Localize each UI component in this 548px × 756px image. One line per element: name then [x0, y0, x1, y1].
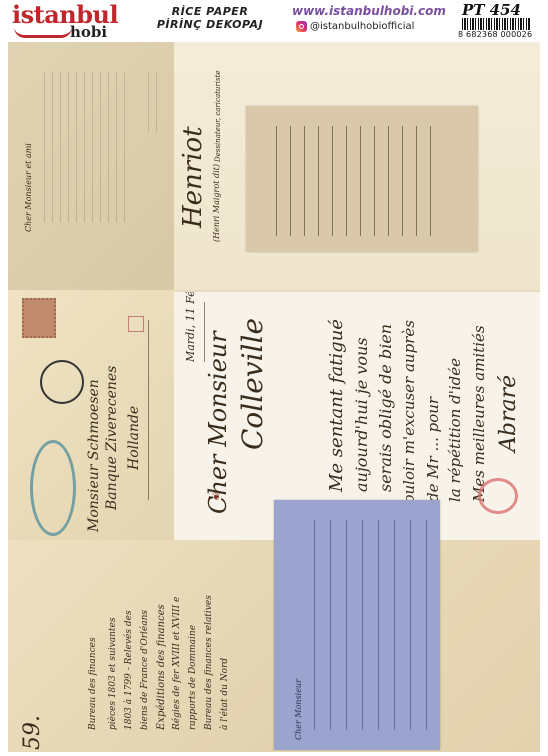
envelope-line-3: Hollande	[126, 406, 142, 470]
crest-emblem: ❦	[212, 490, 221, 503]
letter-59-line-6: Régies de fer XVIII et XVIII e	[172, 597, 182, 730]
product-code: PT 454	[462, 1, 521, 19]
colleville-date: Mardi, 11 Février.	[184, 292, 197, 362]
oval-ink-stamp	[30, 440, 76, 536]
letter-59-line-1: Bureau des finances	[88, 637, 98, 730]
barcode-number: 8 682368 000026	[458, 30, 532, 39]
colleville-line-2: aujourd'hui je vous	[352, 337, 371, 492]
henriot-note: Dessinateur, caricaturiste	[214, 70, 222, 162]
logo-swoosh	[14, 27, 72, 38]
henriot-subheading: (Henri Maigrot dit)	[212, 164, 221, 242]
letter-henriot-insert	[246, 106, 478, 252]
colleville-name: Colleville	[236, 318, 269, 450]
colleville-line-4: vouloir m'excuser auprès	[400, 320, 418, 512]
postage-stamp	[22, 298, 56, 338]
letter-59-line-3: 1803 à 1799 - Relevés des	[124, 610, 134, 730]
envelope-line-2: Banque Ziverecenes	[104, 366, 120, 510]
henriot-heading: Henriot	[178, 126, 208, 228]
letter-59-number: 59.	[20, 715, 45, 750]
instagram-link[interactable]: @istanbulhobiofficial	[296, 21, 414, 32]
title-line-1: RİCE PAPER	[150, 5, 270, 18]
brand-logo: istanbul hobi	[12, 3, 118, 27]
instagram-icon	[296, 21, 307, 32]
envelope-line-1: Monsieur Schmoesen	[86, 379, 102, 532]
colleville-signature: Abraré	[496, 375, 521, 452]
letter-59-line-7: rapports de Dommaine	[188, 625, 198, 730]
product-header: istanbul hobi RİCE PAPER PİRİNÇ DEKOPAJ …	[0, 0, 548, 42]
letter-59-line-4: biens de France d'Orléans	[140, 610, 150, 730]
red-archive-stamp	[478, 478, 518, 514]
letter-top-left: Cher Monsieur et ami	[8, 42, 176, 290]
letter-blue-text: Cher Monsieur	[294, 679, 303, 740]
letter-59-line-9: à l'état du Nord	[220, 658, 230, 730]
colleville-greeting: Cher Monsieur	[204, 331, 232, 514]
barcode	[462, 18, 530, 30]
product-title: RİCE PAPER PİRİNÇ DEKOPAJ	[150, 5, 270, 31]
letter-59: 59. Bureau des finances pièces 1803 et s…	[8, 540, 274, 752]
letter-top-left-text: Cher Monsieur et ami	[24, 143, 33, 232]
colleville-line-6: la répétition d'idée	[446, 358, 464, 502]
small-red-stamp	[128, 316, 144, 332]
colleville-line-1: Me sentant fatigué	[326, 319, 347, 492]
colleville-line-5: de Mr ... pour	[424, 397, 442, 502]
letter-59-line-8: Bureau des finances relatives	[204, 595, 214, 730]
instagram-handle: @istanbulhobiofficial	[310, 21, 414, 32]
postmark	[40, 360, 84, 404]
letter-59-line-2: pièces 1803 et suivantes	[108, 618, 118, 730]
colleville-line-3: serais obligé de bien	[376, 324, 395, 492]
title-line-2: PİRİNÇ DEKOPAJ	[150, 18, 270, 31]
letter-blue: Cher Monsieur	[274, 500, 440, 750]
colleville-line-7: Mes meilleures amitiés	[470, 325, 488, 502]
website-link[interactable]: www.istanbulhobi.com	[292, 4, 446, 18]
logo-sub-text: hobi	[70, 23, 107, 41]
letter-59-line-5: Expéditions des finances	[156, 604, 167, 730]
